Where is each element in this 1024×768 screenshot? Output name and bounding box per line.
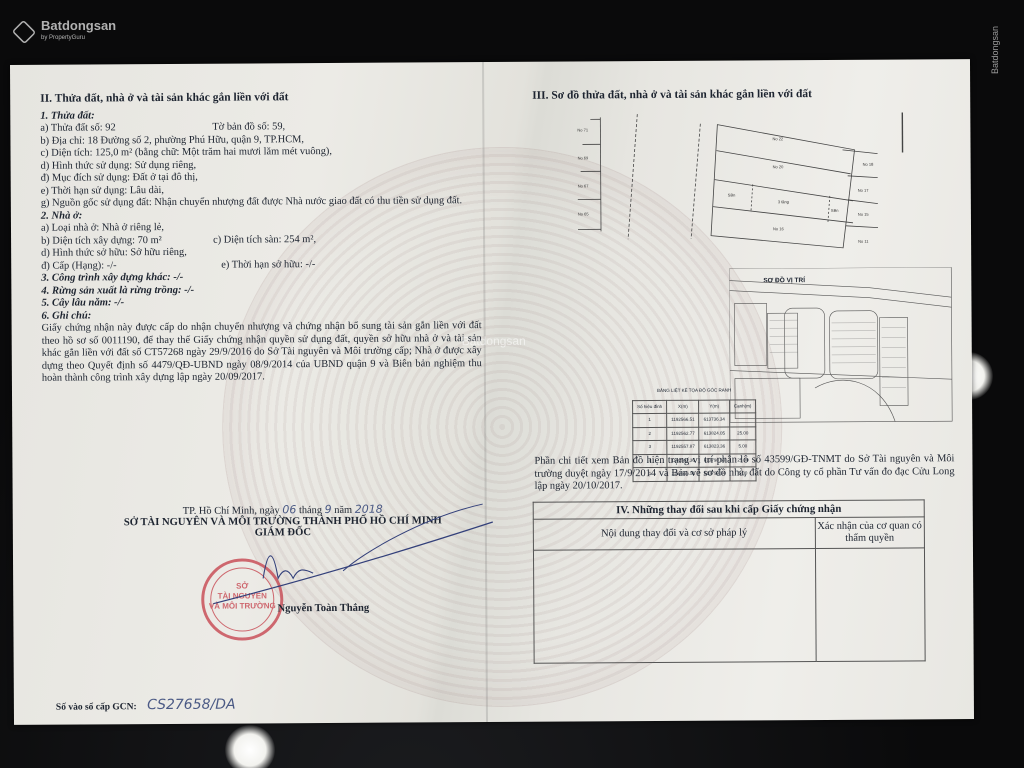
section-ii-title: II. Thửa đất, nhà ở và tài sản khác gắn … [40,90,480,105]
svg-text:SBn: SBn [831,208,839,213]
svg-text:No 17: No 17 [858,188,869,193]
land-certificate: II. Thửa đất, nhà ở và tài sản khác gắn … [10,59,974,725]
vertical-watermark: Batdongsan [990,14,1020,74]
construction-area: b) Diện tích xây dựng: 70 m² [41,234,213,248]
map-sheet-number: Tờ bản đồ số: 59, [212,120,480,134]
house-grade: đ) Cấp (Hạng): -/- [41,259,221,273]
registry-number: Số vào sổ cấp GCN: CS27658/DA [56,697,236,714]
watermark-brand: Batdongsan [41,18,116,33]
parcel-diagram: No 71 No 69 No 67 No 65 No 22 No 20 No 1… [572,107,933,259]
svg-text:No 16: No 16 [773,226,784,231]
svg-text:No 67: No 67 [578,183,589,188]
location-map [729,267,954,424]
center-watermark: Batdongsan [462,334,526,348]
changes-confirmation-cell [815,548,925,662]
watermark-sub: by PropertyGuru [41,32,116,44]
svg-text:No 15: No 15 [858,212,869,217]
signer-name: Nguyễn Toàn Thắng [223,602,423,614]
svg-text:No 20: No 20 [773,164,784,169]
reference-note: Phần chi tiết xem Bản đồ hiện trạng vị t… [534,453,954,493]
right-page: III. Sơ đồ thửa đất, nhà ở và tài sản kh… [532,87,952,107]
parcel-number: a) Thửa đất số: 92 [40,122,212,136]
coordinate-row: 31192557.87613823.365.00 [633,440,756,454]
ownership-term: e) Thời hạn sở hữu: -/- [221,258,481,272]
svg-text:SBn: SBn [728,193,736,198]
coordinate-row: 21192562.77613824.0525.00 [633,426,756,440]
svg-text:No 69: No 69 [578,155,589,160]
section-iii-title: III. Sơ đồ thửa đất, nhà ở và tài sản kh… [532,87,952,102]
batdongsan-logo-icon [12,20,36,44]
changes-col-content: Nội dung thay đổi và cơ sở pháp lý [533,518,815,551]
lamp-reflection [225,725,275,768]
signature-stroke [203,502,504,614]
coordinate-row: 11192566.51613736.34 [633,413,756,427]
svg-text:No 18: No 18 [863,162,874,167]
changes-col-confirmation: Xác nhận của cơ quan có thẩm quyền [815,517,925,549]
svg-text:No 71: No 71 [577,127,588,132]
batdongsan-watermark: Batdongsanby PropertyGuru [12,20,116,44]
changes-table: IV. Những thay đổi sau khi cấp Giấy chứn… [533,499,926,663]
floor-area: c) Diện tích sàn: 254 m², [213,233,481,247]
svg-text:No 22: No 22 [772,136,783,141]
changes-content-cell [533,549,815,664]
svg-text:No 11: No 11 [858,239,869,244]
notes-text: Giấy chứng nhận này được cấp do nhận chu… [42,320,482,385]
registry-number-value: CS27658/DA [147,697,236,714]
svg-text:No 65: No 65 [578,211,589,216]
svg-text:3 tầng: 3 tầng [778,199,789,204]
left-page: II. Thửa đất, nhà ở và tài sản khác gắn … [40,90,482,385]
